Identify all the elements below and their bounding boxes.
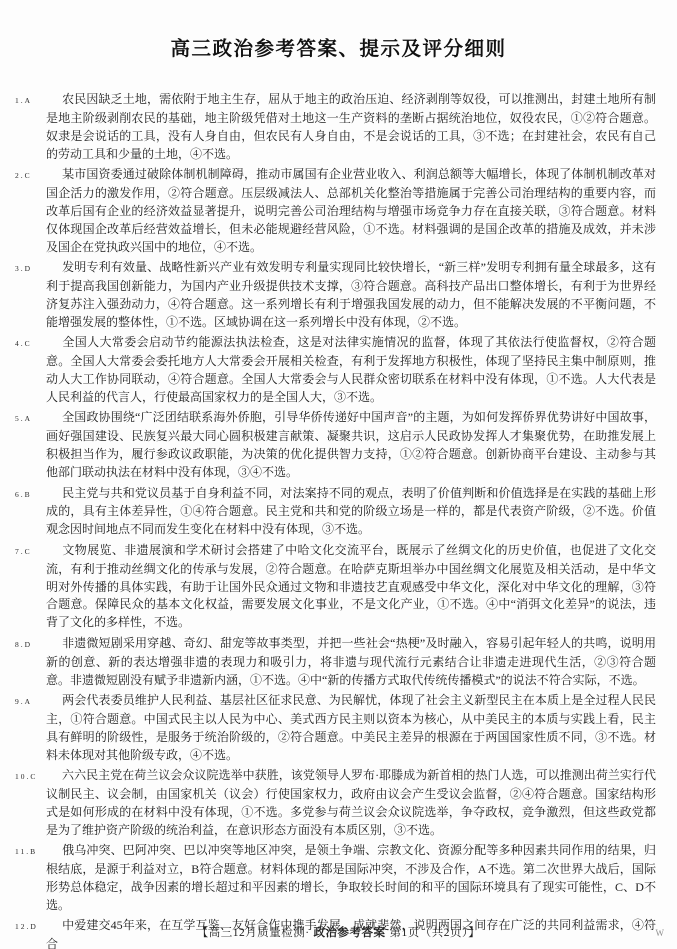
item-number: 2.C [15,167,62,185]
answer-item: 5.A全国政协围绕“广泛团结联系海外侨胞，引导华侨传递好中国声音”的主题，为如何… [0,409,656,482]
item-text: 8.D非遗微短剧采用穿越、奇幻、甜宠等故事类型，并把一些社会“热梗”及时融入，容… [46,635,656,690]
item-text: 9.A两会代表委员维护人民利益、基层社区征求民意、为民解忧，体现了社会主义新型民… [46,692,656,765]
item-explanation: 非遗微短剧采用穿越、奇幻、甜宠等故事类型，并把一些社会“热梗”及时融入，容易引起… [46,636,656,687]
footer-page-info: 第1页（共2页）】 [390,927,481,939]
item-explanation: 两会代表委员维护人民利益、基层社区征求民意、为民解忧，体现了社会主义新型民主在本… [46,693,656,762]
answer-item: 3.D发明专利有效量、战略性新兴产业有效发明专利量实现同比较快增长，“新三样”发… [0,259,656,332]
answer-item: 8.D非遗微短剧采用穿越、奇幻、甜宠等故事类型，并把一些社会“热梗”及时融入，容… [0,635,656,690]
item-number: 5.A [15,410,62,428]
item-number: 7.C [15,543,62,561]
answer-item: 11.B俄乌冲突、巴阿冲突、巴以冲突等地区冲突，是领土争端、宗教文化、资源分配等… [0,842,656,915]
item-explanation: 发明专利有效量、战略性新兴产业有效发明专利量实现同比较快增长，“新三样”发明专利… [46,260,656,329]
item-number: 11.B [15,843,62,861]
exam-answer-page: 高三政治参考答案、提示及评分细则 1.A农民因缺乏土地，需依附于地主生存，屈从于… [0,0,677,949]
item-explanation: 全国政协围绕“广泛团结联系海外侨胞，引导华侨传递好中国声音”的主题，为如何发挥侨… [46,410,656,479]
item-explanation: 农民因缺乏土地，需依附于地主生存，屈从于地主的政治压迫、经济剥削等奴役，可以推测… [46,92,656,161]
item-number: 4.C [15,335,62,353]
item-explanation: 全国人大常委会启动节约能源法执法检查，这是对法律实施情况的监督，体现了其依法行使… [46,335,656,404]
page-title: 高三政治参考答案、提示及评分细则 [0,0,677,61]
item-number: 1.A [15,92,62,110]
item-explanation: 六六民主党在荷兰议会众议院选举中获胜，该党领导人罗布·耶滕成为新首相的热门人选，… [46,768,656,837]
item-explanation: 俄乌冲突、巴阿冲突、巴以冲突等地区冲突，是领土争端、宗教文化、资源分配等多种因素… [46,843,656,912]
item-text: 1.A农民因缺乏土地，需依附于地主生存，屈从于地主的政治压迫、经济剥削等奴役，可… [46,91,656,164]
item-text: 11.B俄乌冲突、巴阿冲突、巴以冲突等地区冲突，是领土争端、宗教文化、资源分配等… [46,842,656,915]
item-text: 4.C全国人大常委会启动节约能源法执法检查，这是对法律实施情况的监督，体现了其依… [46,334,656,407]
answer-list: 1.A农民因缺乏土地，需依附于地主生存，屈从于地主的政治压迫、经济剥削等奴役，可… [0,91,677,949]
answer-item: 7.C文物展览、非遗展演和学术研讨会搭建了中哈文化交流平台，既展示了丝绸文化的历… [0,542,656,633]
answer-item: 2.C某市国资委通过破除体制机制障碍，推动市属国有企业营业收入、利润总额等大幅增… [0,166,656,257]
answer-item: 4.C全国人大常委会启动节约能源法执法检查，这是对法律实施情况的监督，体现了其依… [0,334,656,407]
item-explanation: 民主党与共和党议员基于自身利益不同，对法案持不同的观点，表明了价值判断和价值选择… [46,486,656,537]
item-text: 2.C某市国资委通过破除体制机制障碍，推动市属国有企业营业收入、利润总额等大幅增… [46,166,656,257]
page-footer: 【高三12月质量检测·政治参考答案第1页（共2页）】 [0,924,677,940]
answer-item: 6.B民主党与共和党议员基于自身利益不同，对法案持不同的观点，表明了价值判断和价… [0,485,656,540]
answer-item: 10.C六六民主党在荷兰议会众议院选举中获胜，该党领导人罗布·耶滕成为新首相的热… [0,767,656,840]
item-text: 5.A全国政协围绕“广泛团结联系海外侨胞，引导华侨传递好中国声音”的主题，为如何… [46,409,656,482]
item-number: 9.A [15,693,62,711]
footer-doc-title: 政治参考答案 [310,927,390,939]
item-text: 6.B民主党与共和党议员基于自身利益不同，对法案持不同的观点，表明了价值判断和价… [46,485,656,540]
answer-item: 9.A两会代表委员维护人民利益、基层社区征求民意、为民解忧，体现了社会主义新型民… [0,692,656,765]
item-number: 3.D [15,260,62,278]
watermark-letter: W [656,928,665,938]
item-explanation: 文物展览、非遗展演和学术研讨会搭建了中哈文化交流平台，既展示了丝绸文化的历史价值… [46,543,656,630]
item-explanation: 某市国资委通过破除体制机制障碍，推动市属国有企业营业收入、利润总额等大幅增长，体… [46,167,656,254]
item-number: 6.B [15,486,62,504]
item-text: 7.C文物展览、非遗展演和学术研讨会搭建了中哈文化交流平台，既展示了丝绸文化的历… [46,542,656,633]
footer-exam-name: 【高三12月质量检测· [197,927,310,939]
item-text: 10.C六六民主党在荷兰议会众议院选举中获胜，该党领导人罗布·耶滕成为新首相的热… [46,767,656,840]
item-number: 10.C [15,768,62,786]
answer-item: 1.A农民因缺乏土地，需依附于地主生存，屈从于地主的政治压迫、经济剥削等奴役，可… [0,91,656,164]
item-number: 8.D [15,636,62,654]
item-text: 3.D发明专利有效量、战略性新兴产业有效发明专利量实现同比较快增长，“新三样”发… [46,259,656,332]
